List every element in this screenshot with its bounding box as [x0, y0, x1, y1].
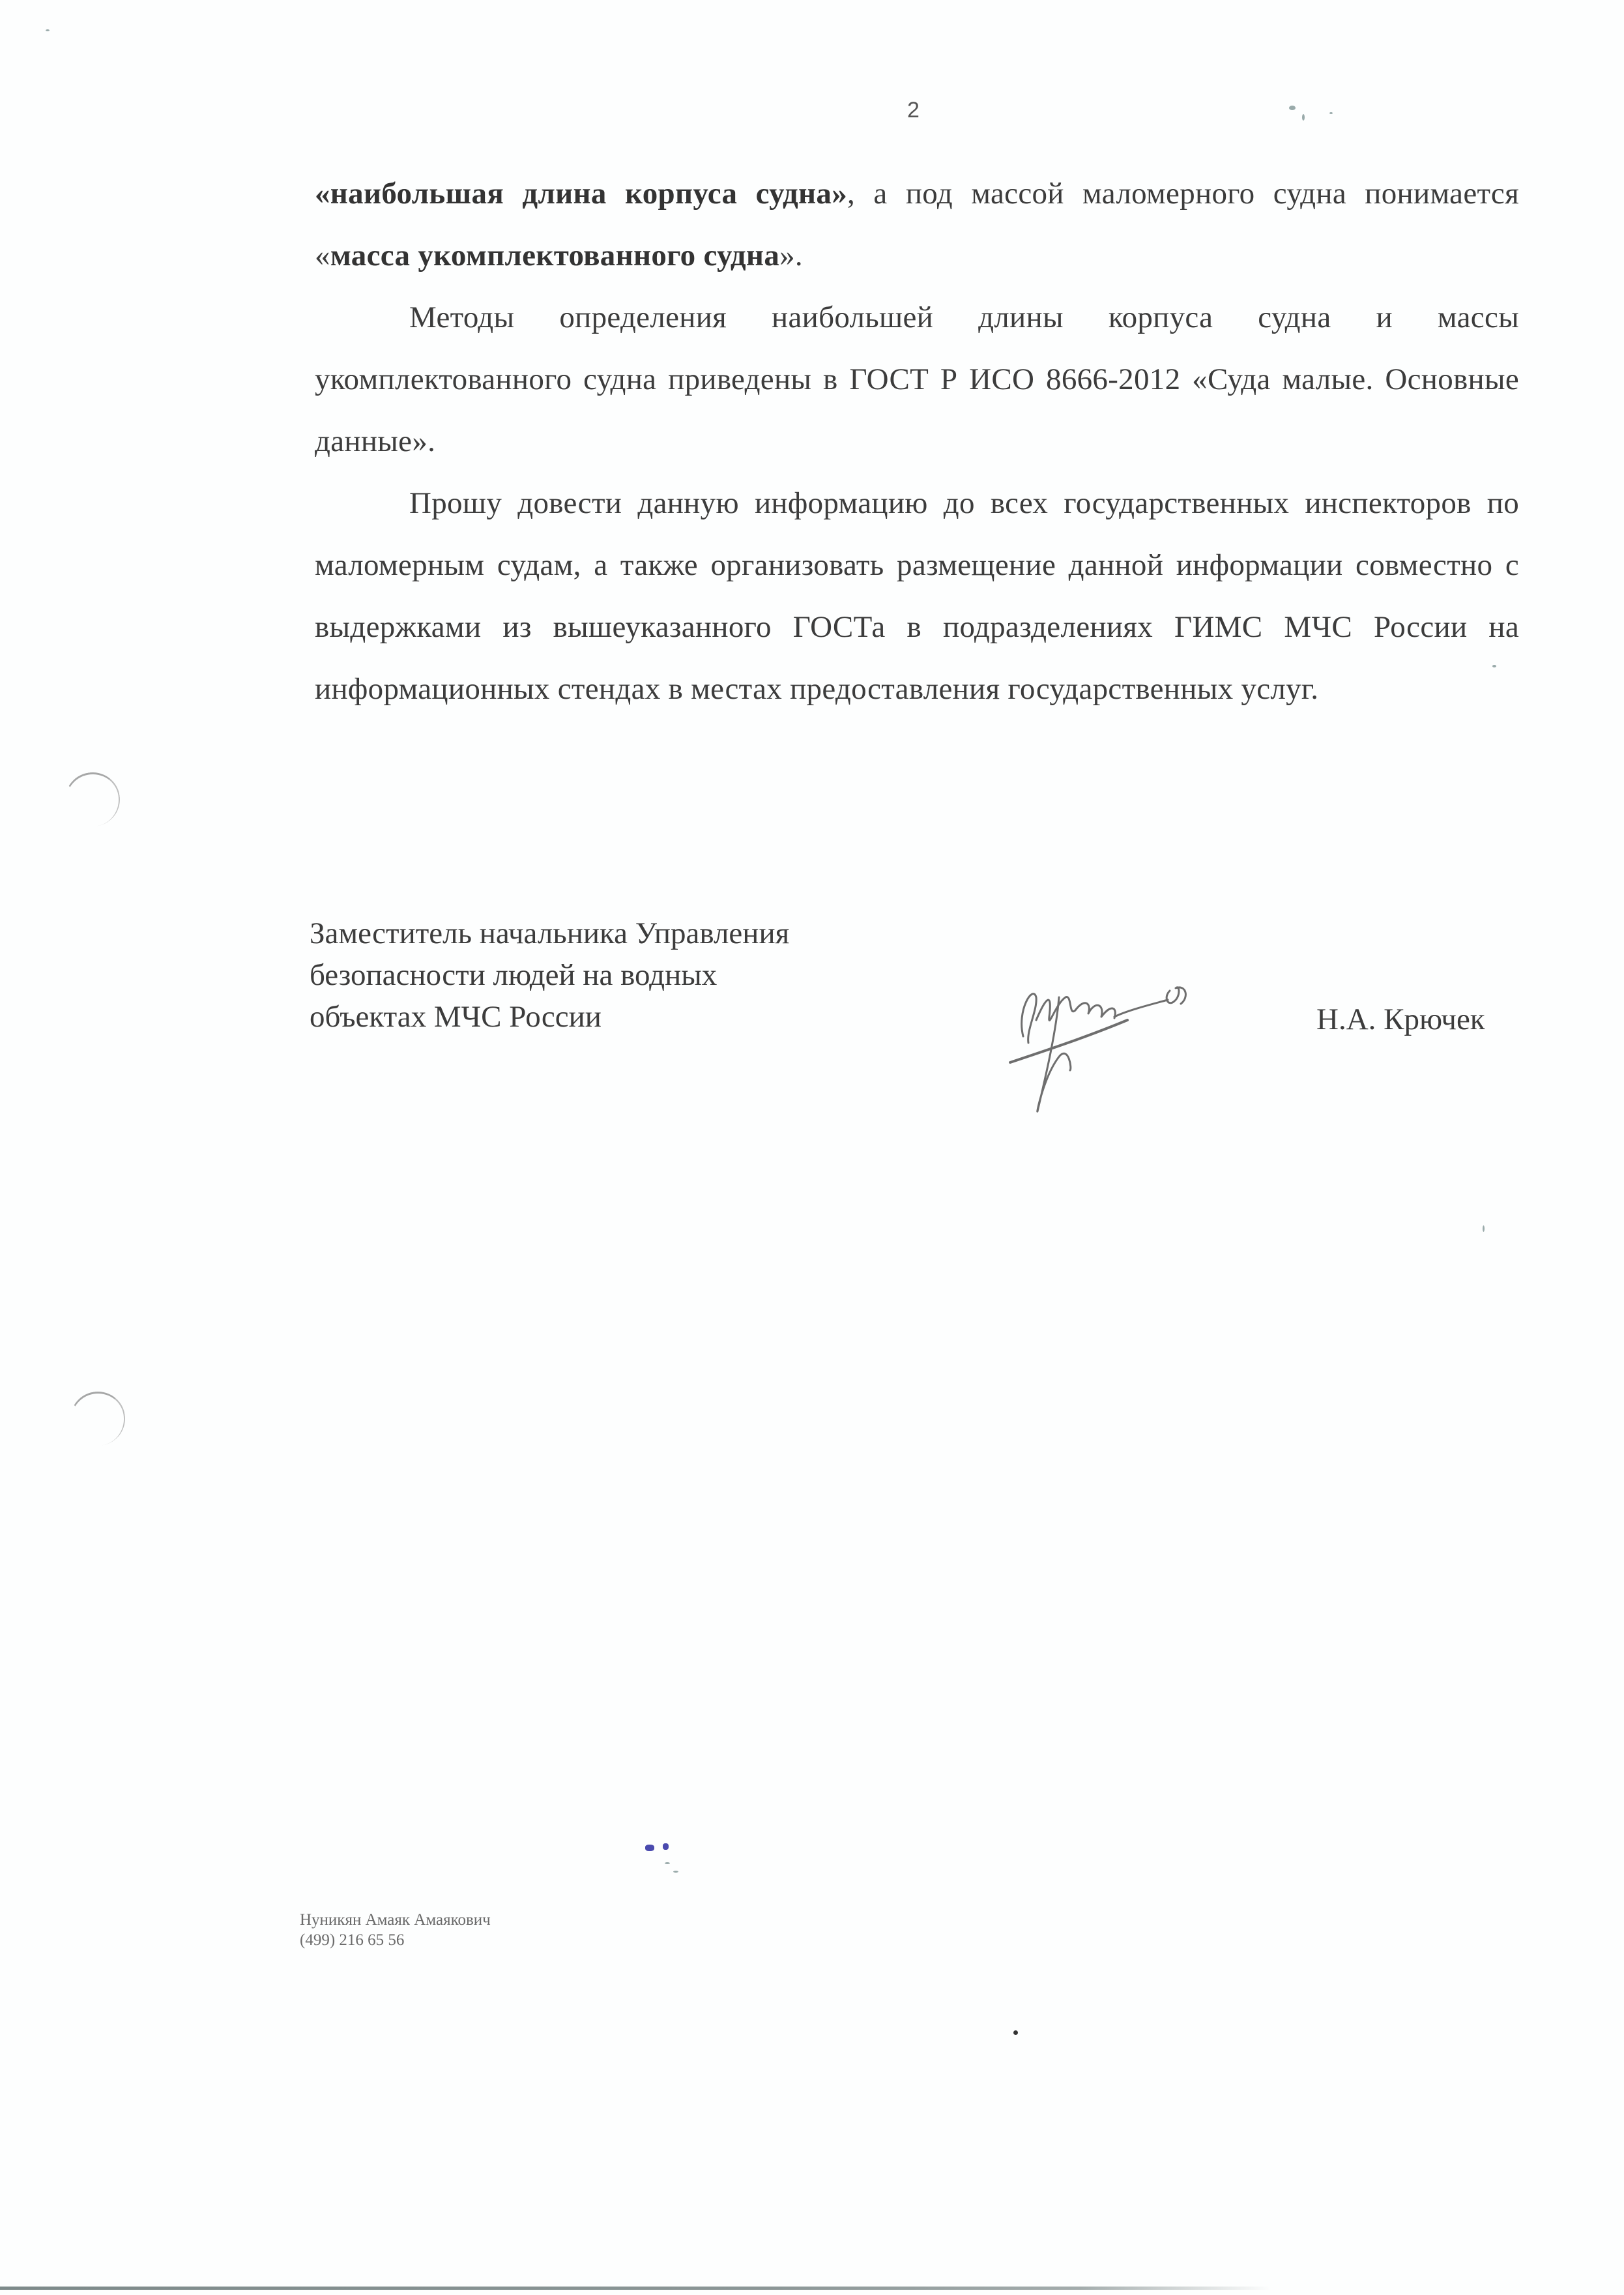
document-page: 2 «наибольшая длина корпуса судна», а по…	[0, 0, 1624, 2295]
scan-speck	[665, 1862, 670, 1864]
paragraph-2: Методы определения наибольшей длины корп…	[315, 287, 1519, 473]
signatory-name: Н.А. Крючек	[1316, 999, 1485, 1040]
letter-body: «наибольшая длина корпуса судна», а под …	[315, 163, 1519, 720]
scan-speck	[1289, 106, 1296, 110]
scan-speck	[1329, 112, 1333, 114]
paragraph-1: «наибольшая длина корпуса судна», а под …	[315, 163, 1519, 287]
scan-speck	[1492, 665, 1496, 667]
signatory-title-line: Заместитель начальника Управления	[310, 913, 789, 954]
punch-hole-mark	[61, 768, 124, 830]
signatory-title: Заместитель начальника Управления безопа…	[310, 913, 789, 1038]
scan-edge-line	[0, 2287, 1271, 2290]
executor-contact: Нуникян Амаяк Амаякович (499) 216 65 56	[300, 1910, 491, 1950]
paragraph-1-text-2: ».	[779, 239, 803, 272]
scan-speck	[1013, 2030, 1018, 2035]
scan-speck	[1302, 114, 1305, 121]
signatory-title-line: безопасности людей на водных	[310, 954, 789, 996]
punch-hole-mark	[66, 1387, 129, 1450]
signatory-title-line: объектах МЧС России	[310, 996, 789, 1038]
executor-phone: (499) 216 65 56	[300, 1930, 491, 1950]
stamp-ink-speck	[663, 1843, 669, 1850]
paragraph-3: Прошу довести данную информацию до всех …	[315, 473, 1519, 720]
handwritten-signature-icon	[997, 958, 1245, 1115]
page-number: 2	[907, 98, 920, 123]
term-bold-2: масса укомплектованного судна	[330, 239, 779, 272]
scan-speck	[673, 1871, 678, 1873]
executor-name: Нуникян Амаяк Амаякович	[300, 1910, 491, 1930]
scan-speck	[46, 29, 50, 31]
stamp-ink-speck	[645, 1845, 654, 1851]
term-bold-1: «наибольшая длина корпуса судна»	[315, 177, 847, 211]
scan-speck	[1483, 1225, 1485, 1232]
